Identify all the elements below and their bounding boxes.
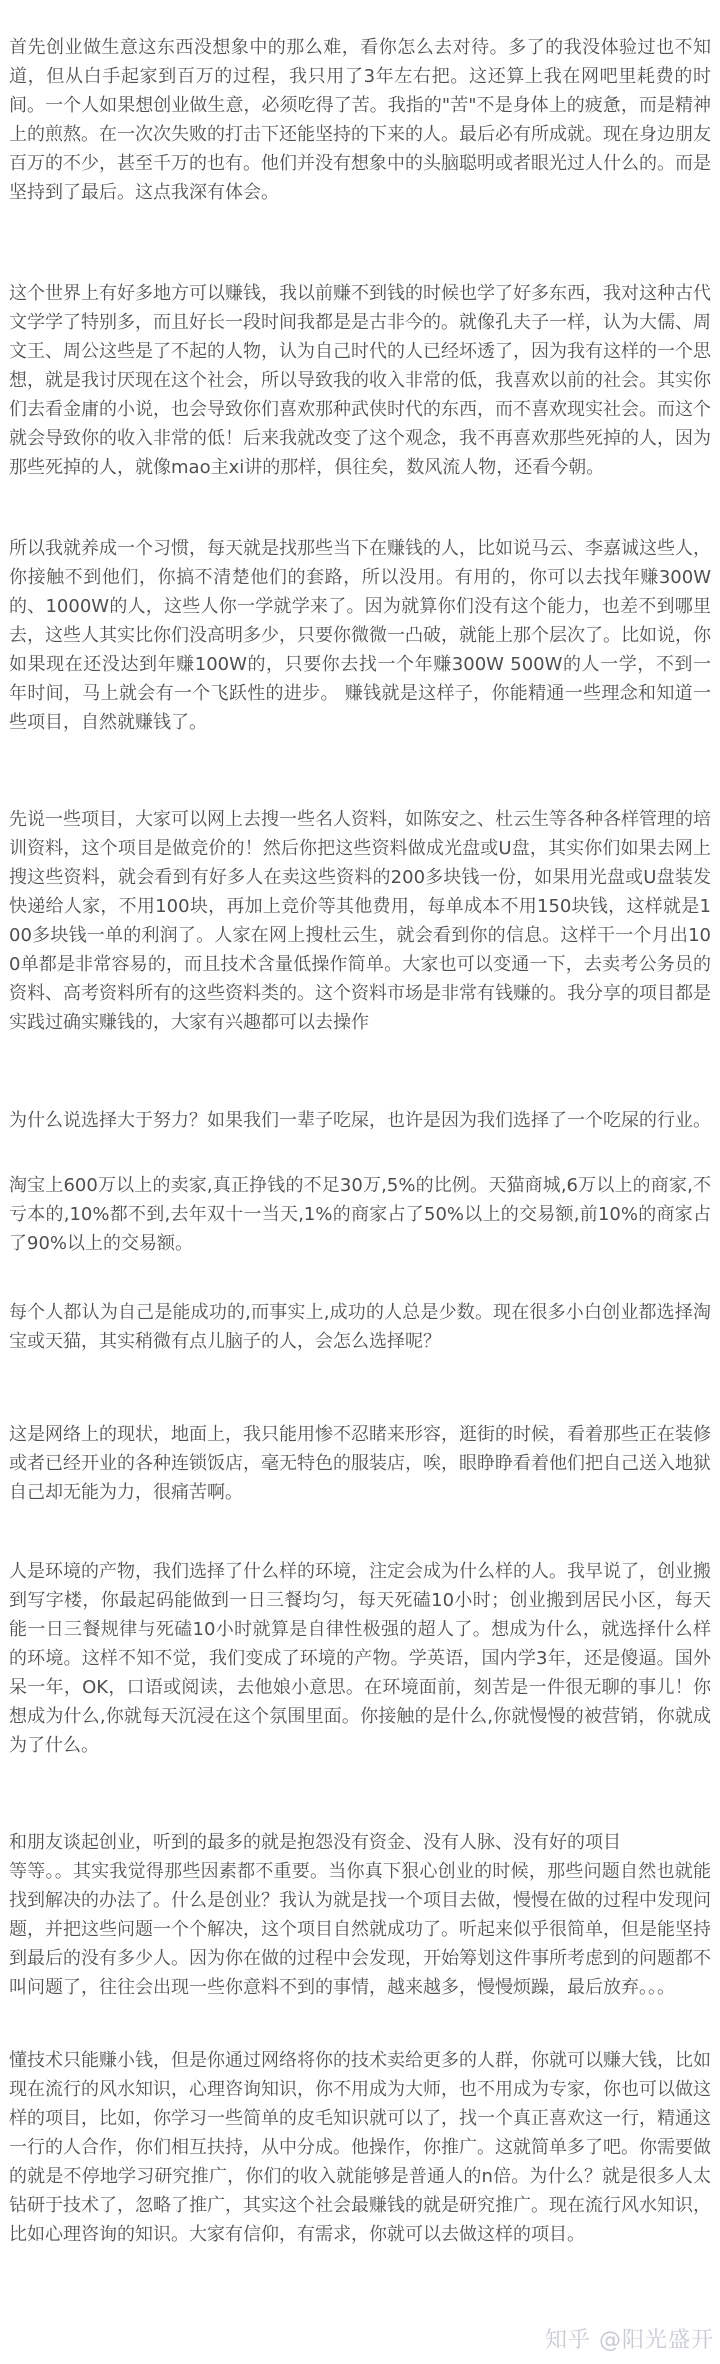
paragraph: 人是环境的产物，我们选择了什么样的环境，注定会成为什么样的人。我早说了，创业搬到… (9, 1557, 711, 1760)
paragraph: 先说一些项目，大家可以网上去搜一些名人资料，如陈安之、杜云生等各种各样管理的培训… (9, 805, 711, 1037)
paragraph: 和朋友谈起创业，听到的最多的就是抱怨没有资金、没有人脉、没有好的项目 等等。。其… (9, 1828, 711, 2002)
paragraph: 淘宝上600万以上的卖家,真正挣钱的不足30万,5%的比例。天猫商城,6万以上的… (9, 1171, 711, 1258)
paragraph: 这个世界上有好多地方可以赚钱，我以前赚不到钱的时候也学了好多东西，我对这种古代文… (9, 279, 711, 482)
paragraph: 首先创业做生意这东西没想象中的那么难，看你怎么去对待。多了的我没体验过也不知道，… (9, 33, 711, 207)
zhihu-watermark-text: 知乎 @阳光盛开 (545, 2328, 714, 2353)
paragraph: 这是网络上的现状，地面上，我只能用惨不忍睹来形容，逛街的时候，看着那些正在装修或… (9, 1420, 711, 1507)
zhihu-watermark: 知乎 @阳光盛开 (545, 2323, 714, 2354)
paragraph: 每个人都认为自己是能成功的,而事实上,成功的人总是少数。现在很多小白创业都选择淘… (9, 1298, 711, 1356)
paragraph: 懂技术只能赚小钱，但是你通过网络将你的技术卖给更多的人群，你就可以赚大钱，比如现… (9, 2046, 711, 2249)
paragraph: 所以我就养成一个习惯，每天就是找那些当下在赚钱的人，比如说马云、李嘉诚这些人，你… (9, 534, 711, 737)
article-body: 首先创业做生意这东西没想象中的那么难，看你怎么去对待。多了的我没体验过也不知道，… (0, 0, 720, 2249)
paragraph: 为什么说选择大于努力？如果我们一辈子吃屎，也许是因为我们选择了一个吃屎的行业。 (9, 1106, 711, 1135)
